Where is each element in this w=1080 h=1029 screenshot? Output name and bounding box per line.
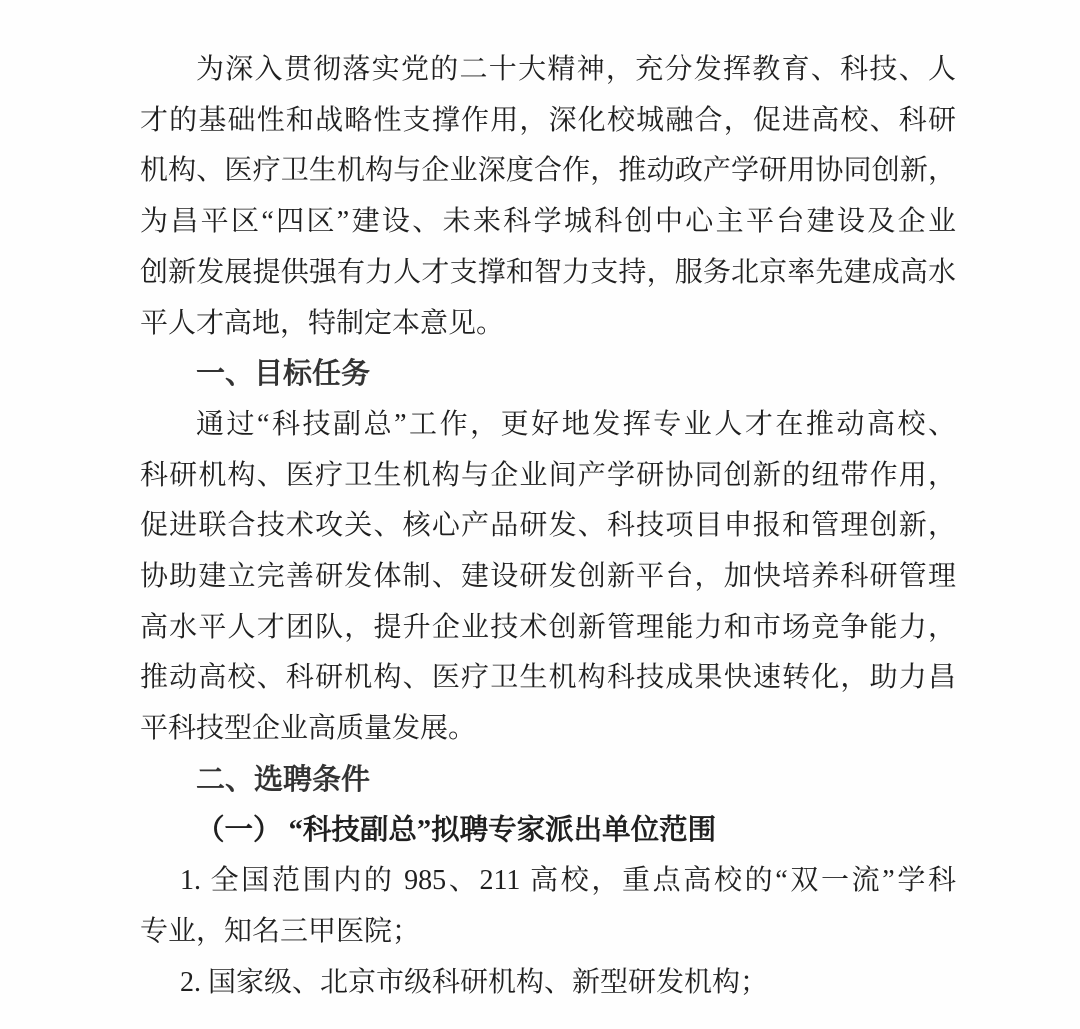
- section-heading-goal-tasks: 一、目标任务: [140, 349, 956, 400]
- text-line: 创新发展提供强有力人才支撑和智力支持，服务北京率先建成高水: [140, 248, 956, 299]
- paragraph-intro: 为深入贯彻落实党的二十大精神，充分发挥教育、科技、人 才的基础性和战略性支撑作用…: [140, 45, 956, 349]
- numbered-item-1: 1. 全国范围内的 985、211 高校，重点高校的“双一流”学科 专业，知名三…: [140, 856, 956, 957]
- text-line: 1. 全国范围内的 985、211 高校，重点高校的“双一流”学科: [140, 856, 956, 907]
- text-line: 专业，知名三甲医院；: [140, 907, 956, 958]
- paragraph-goal-tasks: 通过“科技副总”工作，更好地发挥专业人才在推动高校、 科研机构、医疗卫生机构与企…: [140, 400, 956, 755]
- text-line: 为昌平区“四区”建设、未来科学城科创中心主平台建设及企业: [140, 197, 956, 248]
- text-line: 机构、医疗卫生机构与企业深度合作，推动政产学研用协同创新，: [140, 146, 956, 197]
- text-line: 促进联合技术攻关、核心产品研发、科技项目申报和管理创新，: [140, 501, 956, 552]
- text-line: 推动高校、科研机构、医疗卫生机构科技成果快速转化，助力昌: [140, 653, 956, 704]
- subsection-heading-dispatch-unit-scope: （一） “科技副总”拟聘专家派出单位范围: [140, 806, 956, 857]
- text-line: 平科技型企业高质量发展。: [140, 704, 956, 755]
- text-line: 通过“科技副总”工作，更好地发挥专业人才在推动高校、: [140, 400, 956, 451]
- text-line: 平人才高地，特制定本意见。: [140, 299, 956, 350]
- document-body: 为深入贯彻落实党的二十大精神，充分发挥教育、科技、人 才的基础性和战略性支撑作用…: [140, 45, 956, 1008]
- text-line: 为深入贯彻落实党的二十大精神，充分发挥教育、科技、人: [140, 45, 956, 96]
- text-line: 科研机构、医疗卫生机构与企业间产学研协同创新的纽带作用，: [140, 451, 956, 502]
- text-line: 2. 国家级、北京市级科研机构、新型研发机构；: [140, 958, 956, 1009]
- numbered-item-2: 2. 国家级、北京市级科研机构、新型研发机构；: [140, 958, 956, 1009]
- document-page: 为深入贯彻落实党的二十大精神，充分发挥教育、科技、人 才的基础性和战略性支撑作用…: [0, 0, 1080, 1029]
- text-line: 高水平人才团队，提升企业技术创新管理能力和市场竞争能力，: [140, 603, 956, 654]
- text-line: 才的基础性和战略性支撑作用，深化校城融合，促进高校、科研: [140, 96, 956, 147]
- section-heading-selection-conditions: 二、选聘条件: [140, 755, 956, 806]
- text-line: 协助建立完善研发体制、建设研发创新平台，加快培养科研管理: [140, 552, 956, 603]
